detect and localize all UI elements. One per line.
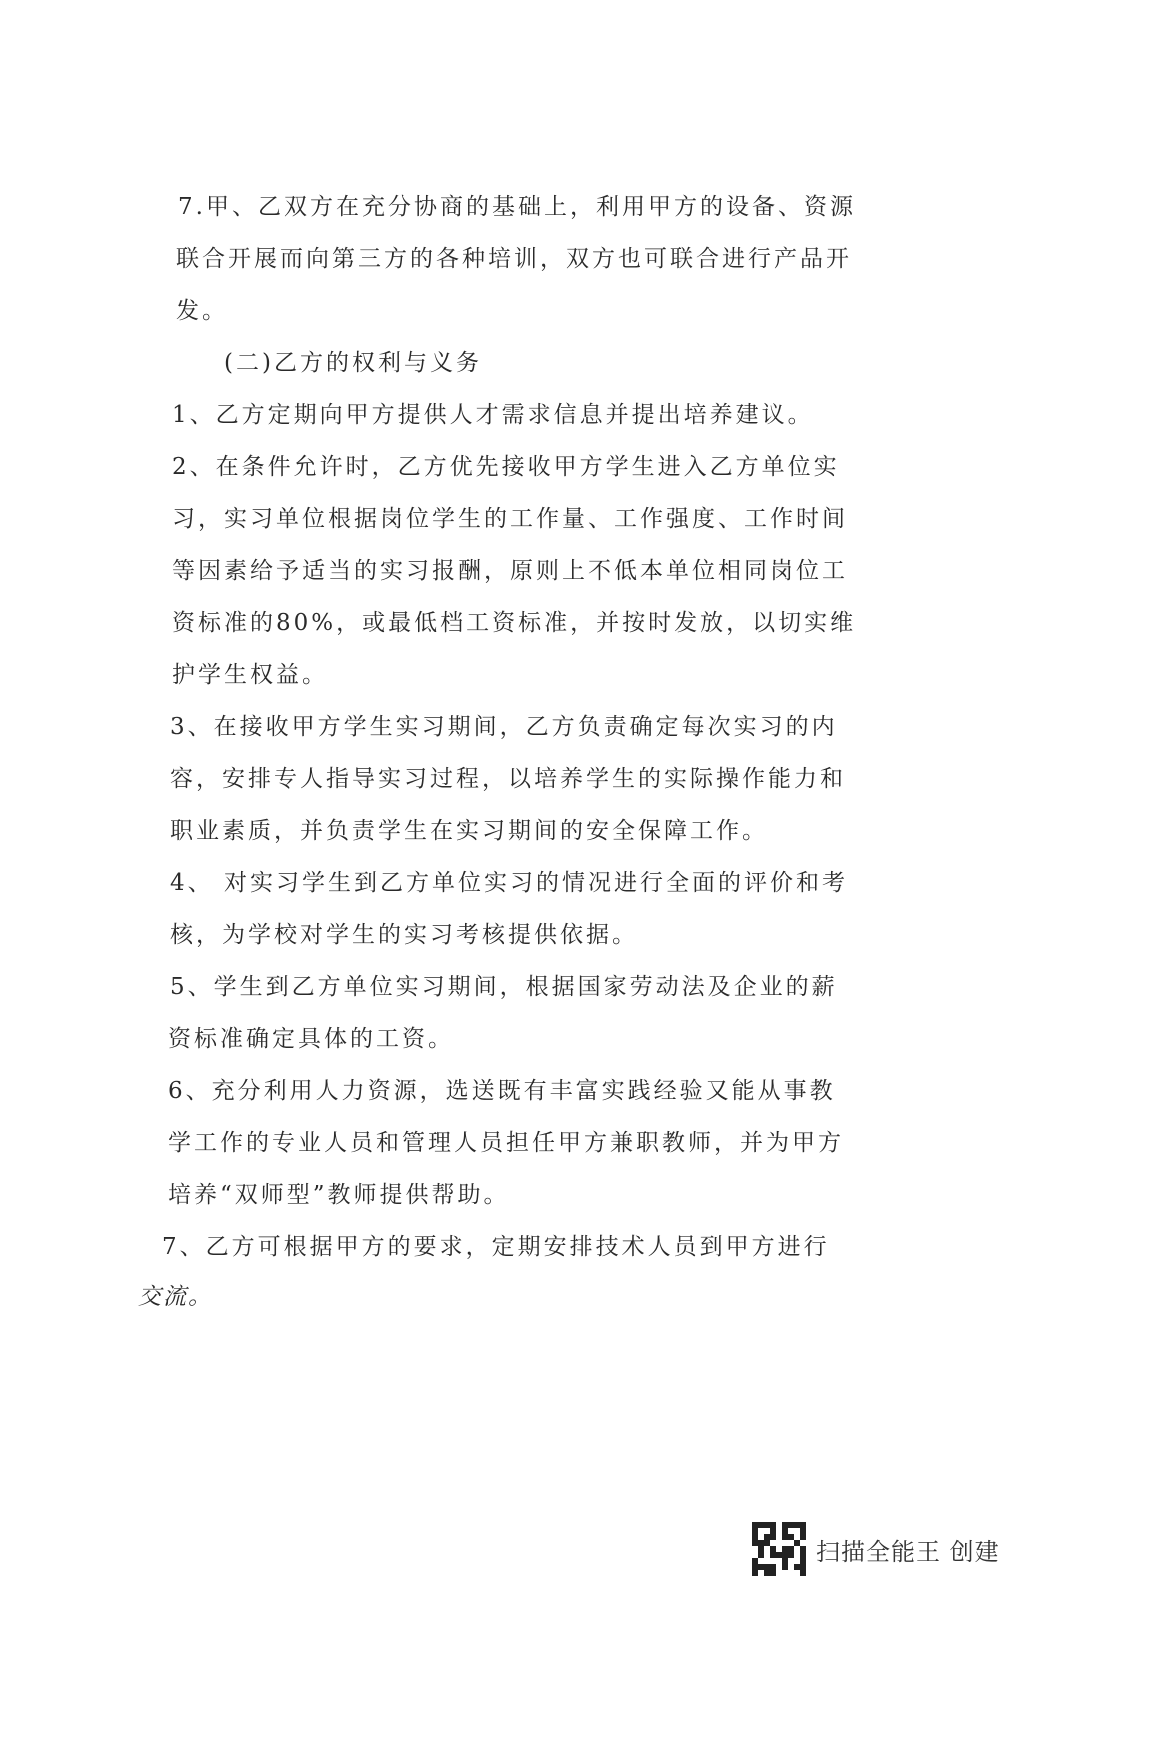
text-line: 6、充分利用人力资源，选送既有丰富实践经验又能从事教 [168, 1076, 836, 1106]
text-line: 5、学生到乙方单位实习期间，根据国家劳动法及企业的薪 [170, 972, 838, 1002]
qr-code-icon [752, 1522, 806, 1576]
text-line: 7.甲、乙双方在充分协商的基础上，利用甲方的设备、资源 [178, 192, 856, 222]
text-line: (二)乙方的权利与义务 [224, 348, 482, 378]
text-line: 7、乙方可根据甲方的要求，定期安排技术人员到甲方进行 [162, 1232, 830, 1262]
text-line: 3、在接收甲方学生实习期间，乙方负责确定每次实习的内 [170, 712, 838, 742]
text-line: 容，安排专人指导实习过程，以培养学生的实际操作能力和 [170, 764, 846, 794]
text-line: 职业素质，并负责学生在实习期间的安全保障工作。 [170, 816, 768, 846]
text-line: 核，为学校对学生的实习考核提供依据。 [170, 920, 638, 950]
text-line: 资标准的80%，或最低档工资标准，并按时发放，以切实维 [172, 608, 856, 638]
scanner-watermark: 扫描全能王 创建 [752, 1522, 1000, 1576]
text-line: 2、在条件允许时，乙方优先接收甲方学生进入乙方单位实 [172, 452, 840, 482]
text-line: 学工作的专业人员和管理人员担任甲方兼职教师，并为甲方 [168, 1128, 844, 1158]
text-line: 1、乙方定期向甲方提供人才需求信息并提出培养建议。 [172, 400, 814, 430]
text-line: 联合开展而向第三方的各种培训，双方也可联合进行产品开 [176, 244, 852, 274]
text-line: 护学生权益。 [172, 660, 328, 690]
text-line: 资标准确定具体的工资。 [168, 1024, 454, 1054]
text-line: 4、 对实习学生到乙方单位实习的情况进行全面的评价和考 [170, 868, 848, 898]
watermark-text: 扫描全能王 创建 [816, 1532, 1000, 1567]
handwritten-text: 交流。 [138, 1282, 213, 1312]
text-line: 发。 [176, 296, 228, 326]
text-line: 培养“双师型”教师提供帮助。 [168, 1180, 510, 1210]
text-line: 习，实习单位根据岗位学生的工作量、工作强度、工作时间 [172, 504, 848, 534]
text-line: 等因素给予适当的实习报酬，原则上不低本单位相同岗位工 [172, 556, 848, 586]
